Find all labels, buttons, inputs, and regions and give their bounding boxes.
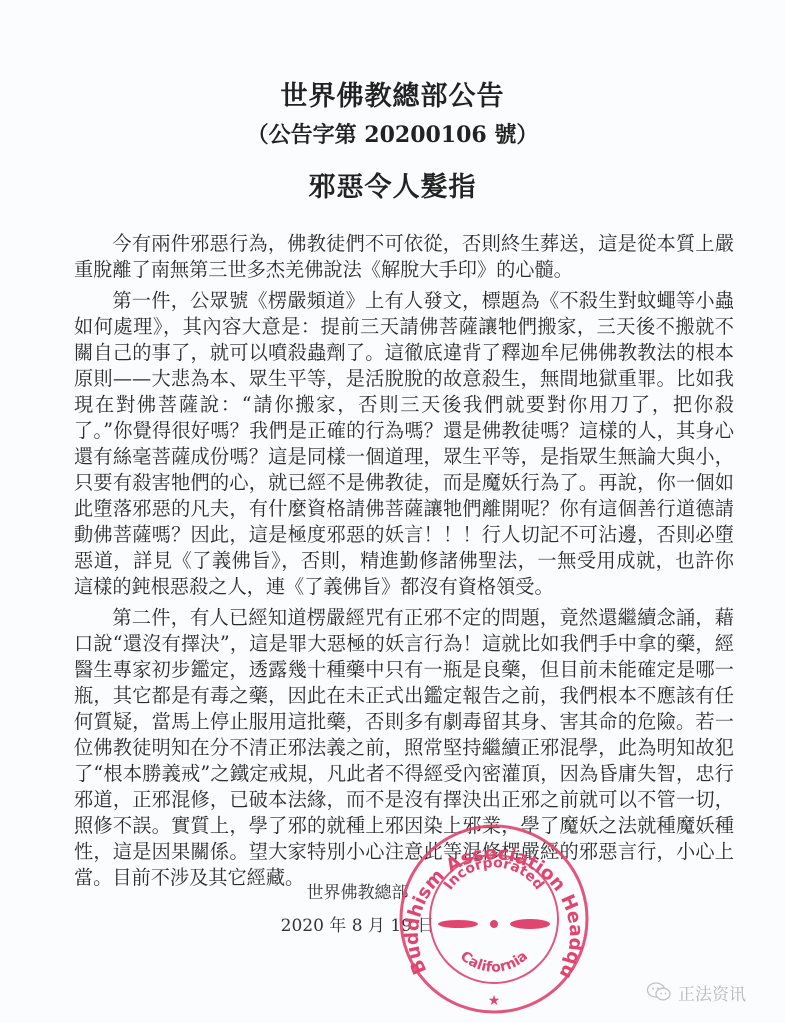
document-heading: 邪惡令人髮指 bbox=[0, 165, 785, 204]
signature-organization: 世界佛教總部 bbox=[0, 878, 785, 903]
watermark-label: 正法资讯 bbox=[678, 980, 746, 1005]
document-title: 世界佛教總部公告 bbox=[0, 74, 785, 113]
paragraph-intro: 今有兩件邪惡行為，佛教徒們不可依從，否則終生葬送，這是從本質上嚴重脫離了南無第三… bbox=[74, 231, 734, 283]
announcement-number: （公告字第 20200106 號） bbox=[0, 118, 785, 149]
star-icon: ★ bbox=[488, 993, 501, 1009]
paragraph-first-matter: 第一件，公眾號《楞嚴頻道》上有人發文，標題為《不殺生對蚊蠅等小蟲如何處理》，其內… bbox=[74, 288, 734, 600]
account-watermark: 正法资讯 bbox=[646, 980, 746, 1004]
official-seal-stamp: World Buddhism Association Headquarters … bbox=[398, 823, 590, 1015]
document-page: 世界佛教總部公告 （公告字第 20200106 號） 邪惡令人髮指 今有兩件邪惡… bbox=[0, 0, 785, 1023]
signature-date: 2020 年 8 月 19 日 bbox=[0, 911, 785, 936]
stamp-bottom-text: California bbox=[457, 948, 531, 976]
stamp-outer-text: World Buddhism Association Headquarters bbox=[398, 823, 586, 982]
signature-block: 世界佛教總部 2020 年 8 月 19 日 bbox=[0, 878, 785, 936]
document-body: 今有兩件邪惡行為，佛教徒們不可依從，否則終生葬送，這是從本質上嚴重脫離了南無第三… bbox=[74, 231, 734, 896]
wechat-icon bbox=[646, 981, 672, 1003]
